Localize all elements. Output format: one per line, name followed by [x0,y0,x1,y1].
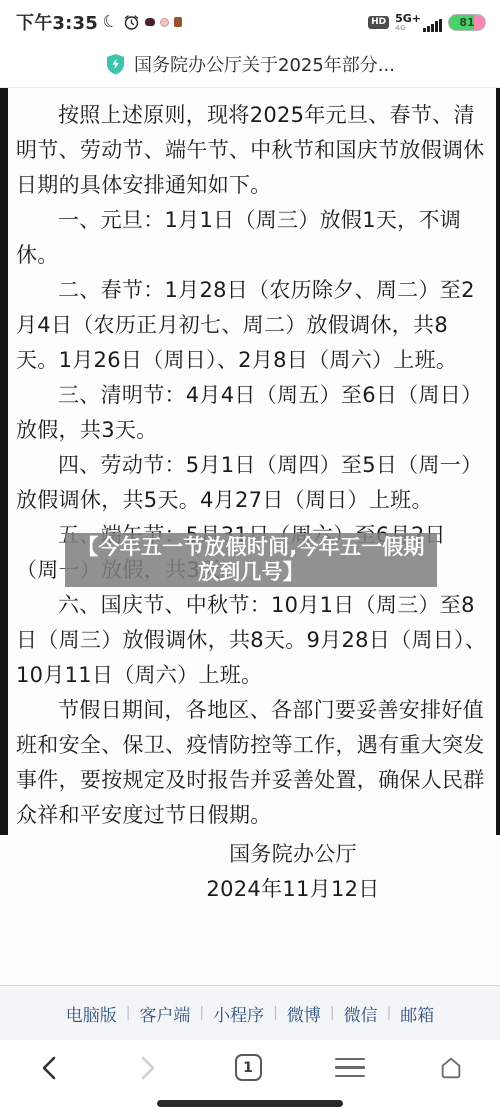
clock-time: 下午3:35 [16,9,98,35]
footer-link-weibo[interactable]: 微博 [287,1001,321,1026]
battery-indicator: 81 [448,14,486,31]
notice-body: 按照上述原则，现将2025年元旦、春节、清明节、劳动节、端午节、中秋节和国庆节放… [0,88,500,907]
back-button[interactable] [36,1055,62,1081]
footer-link-mail[interactable]: 邮箱 [400,1001,434,1026]
signature-block: 国务院办公厅 2024年11月12日 [16,837,488,907]
hd-volte-icon: HD [368,16,389,29]
notification-icon-2 [160,18,169,27]
site-footer-links: 电脑版 | 客户端 | 小程序 | 微博 | 微信 | 邮箱 [0,985,500,1040]
notification-icon-1 [145,18,155,26]
status-left: 下午3:35 ☾ [16,9,182,35]
status-bar: 下午3:35 ☾ HD 5G+ 4G [0,0,500,40]
forward-button[interactable] [135,1055,161,1081]
security-shield-icon [105,53,126,75]
footer-separator: | [387,1005,392,1021]
doc-paragraph-qingming: 三、清明节：4月4日（周五）至6日（周日）放假，共3天。 [16,378,488,448]
signature-issuer: 国务院办公厅 [98,837,488,872]
notification-icon-3 [174,17,182,27]
signature-date: 2024年11月12日 [98,872,488,907]
footer-separator: | [273,1005,278,1021]
secondary-sim-label: 4G [395,25,406,32]
doc-paragraph-spring-festival: 二、春节：1月28日（农历除夕、周二）至2月4日（农历正月初七、周二）放假调休，… [16,273,488,378]
home-gesture-bar[interactable] [157,1100,343,1107]
battery-percent: 81 [459,17,474,28]
status-right: HD 5G+ 4G 81 [368,13,486,32]
doc-paragraph-intro: 按照上述原则，现将2025年元旦、春节、清明节、劳动节、端午节、中秋节和国庆节放… [16,98,488,203]
watermark-caption-text: 【今年五一节放假时间,今年五一假期放到几号】 [69,535,433,585]
watermark-caption-overlay: 【今年五一节放假时间,今年五一假期放到几号】 [65,533,437,587]
do-not-disturb-moon-icon: ☾ [101,12,121,33]
alarm-clock-icon [123,14,140,31]
page-edge-left [0,88,8,835]
network-type-label: 5G+ [395,13,421,24]
doc-paragraph-national-day: 六、国庆节、中秋节：10月1日（周三）至8日（周三）放假调休，共8天。9月28日… [16,588,488,693]
browser-title-bar[interactable]: 国务院办公厅关于2025年部分... [0,40,500,88]
tab-count: 1 [243,1060,253,1076]
document-content: 按照上述原则，现将2025年元旦、春节、清明节、劳动节、端午节、中秋节和国庆节放… [0,88,500,985]
footer-separator: | [330,1005,335,1021]
phone-screen: 下午3:35 ☾ HD 5G+ 4G [0,0,500,1111]
footer-separator: | [126,1005,131,1021]
footer-link-client-app[interactable]: 客户端 [139,1001,190,1026]
footer-link-mini-program[interactable]: 小程序 [213,1001,264,1026]
footer-separator: | [199,1005,204,1021]
home-button[interactable] [438,1055,464,1081]
cellular-signal: 5G+ 4G [395,13,442,32]
doc-paragraph-labor-day: 四、劳动节：5月1日（周四）至5日（周一）放假调休，共5天。4月27日（周日）上… [16,448,488,518]
tabs-button[interactable]: 1 [235,1054,262,1081]
signal-bars-icon [423,19,442,32]
doc-paragraph-new-year: 一、元旦：1月1日（周三）放假1天，不调休。 [16,203,488,273]
doc-paragraph-closing: 节假日期间，各地区、各部门要妥善安排好值班和安全、保卫、疫情防控等工作，遇有重大… [16,693,488,833]
footer-link-wechat[interactable]: 微信 [344,1001,378,1026]
page-title: 国务院办公厅关于2025年部分... [134,51,395,77]
footer-link-desktop-version[interactable]: 电脑版 [66,1001,117,1026]
browser-nav-bar: 1 [0,1040,500,1111]
menu-button[interactable] [335,1058,365,1078]
page-edge-right [496,88,500,835]
